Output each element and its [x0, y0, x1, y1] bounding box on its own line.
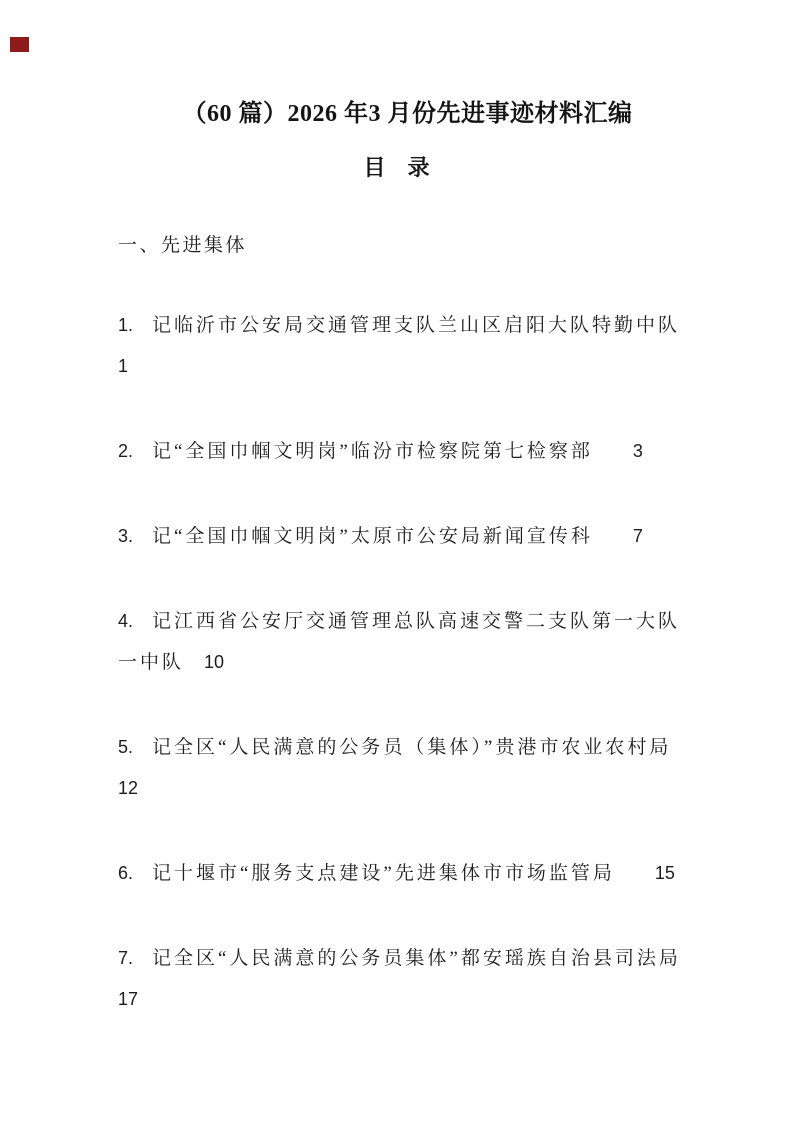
- toc-item-line-2: 12: [118, 768, 693, 809]
- page-number: 17: [118, 989, 138, 1009]
- page-number: 7: [633, 526, 643, 546]
- page-number: 3: [633, 441, 643, 461]
- toc-item-line: 7.记全区“人民满意的公务员集体”都安瑶族自治县司法局: [118, 938, 693, 979]
- toc-item-line: 2.记“全国巾帼文明岗”临汾市检察院第七检察部3: [118, 431, 693, 472]
- toc-item: 2.记“全国巾帼文明岗”临汾市检察院第七检察部3: [118, 431, 693, 472]
- item-title: 记“全国巾帼文明岗”临汾市检察院第七检察部: [152, 441, 593, 462]
- page-number: 1: [118, 356, 128, 376]
- toc-item-line: 3.记“全国巾帼文明岗”太原市公安局新闻宣传科7: [118, 516, 693, 557]
- toc-item-line: 1.记临沂市公安局交通管理支队兰山区启阳大队特勤中队: [118, 305, 693, 346]
- document-title: （60 篇）2026 年3 月份先进事迹材料汇编: [0, 0, 793, 133]
- toc-heading: 目 录: [0, 153, 793, 183]
- item-title: 记十堰市“服务支点建设”先进集体市市场监管局: [152, 863, 615, 884]
- red-corner-mark: [10, 37, 29, 52]
- toc-item: 3.记“全国巾帼文明岗”太原市公安局新闻宣传科7: [118, 516, 693, 557]
- item-title: 记全区“人民满意的公务员（集体）”贵港市农业农村局: [152, 737, 671, 758]
- item-title: 记临沂市公安局交通管理支队兰山区启阳大队特勤中队: [152, 315, 680, 336]
- item-number: 4.: [118, 601, 152, 641]
- item-title: 记“全国巾帼文明岗”太原市公安局新闻宣传科: [152, 526, 593, 547]
- toc-item-line: 5.记全区“人民满意的公务员（集体）”贵港市农业农村局: [118, 727, 693, 768]
- item-number: 5.: [118, 727, 152, 767]
- item-title: 记江西省公安厅交通管理总队高速交警二支队第一大队: [152, 611, 680, 632]
- toc-item-line: 4.记江西省公安厅交通管理总队高速交警二支队第一大队: [118, 601, 693, 642]
- page-number: 12: [118, 778, 138, 798]
- toc-item-line: 6.记十堰市“服务支点建设”先进集体市市场监管局15: [118, 853, 693, 894]
- item-number: 1.: [118, 305, 152, 345]
- toc-item: 6.记十堰市“服务支点建设”先进集体市市场监管局15: [118, 853, 693, 894]
- toc-item-line-2: 17: [118, 979, 693, 1020]
- toc-item-line-2: 一中队10: [118, 642, 693, 683]
- page-number: 15: [655, 863, 675, 883]
- item-number: 6.: [118, 853, 152, 893]
- section-heading: 一、先进集体: [118, 233, 693, 259]
- page-number: 10: [204, 652, 224, 672]
- item-number: 7.: [118, 938, 152, 978]
- toc-list: 1.记临沂市公安局交通管理支队兰山区启阳大队特勤中队12.记“全国巾帼文明岗”临…: [118, 305, 693, 1020]
- document-page: （60 篇）2026 年3 月份先进事迹材料汇编 目 录 一、先进集体 1.记临…: [0, 0, 793, 1122]
- toc-item: 1.记临沂市公安局交通管理支队兰山区启阳大队特勤中队1: [118, 305, 693, 387]
- item-title-continued: 一中队: [118, 652, 184, 673]
- item-number: 3.: [118, 516, 152, 556]
- item-title: 记全区“人民满意的公务员集体”都安瑶族自治县司法局: [152, 948, 681, 969]
- toc-item: 5.记全区“人民满意的公务员（集体）”贵港市农业农村局12: [118, 727, 693, 809]
- toc-item: 7.记全区“人民满意的公务员集体”都安瑶族自治县司法局17: [118, 938, 693, 1020]
- toc-item-line-2: 1: [118, 346, 693, 387]
- toc-item: 4.记江西省公安厅交通管理总队高速交警二支队第一大队一中队10: [118, 601, 693, 683]
- item-number: 2.: [118, 431, 152, 471]
